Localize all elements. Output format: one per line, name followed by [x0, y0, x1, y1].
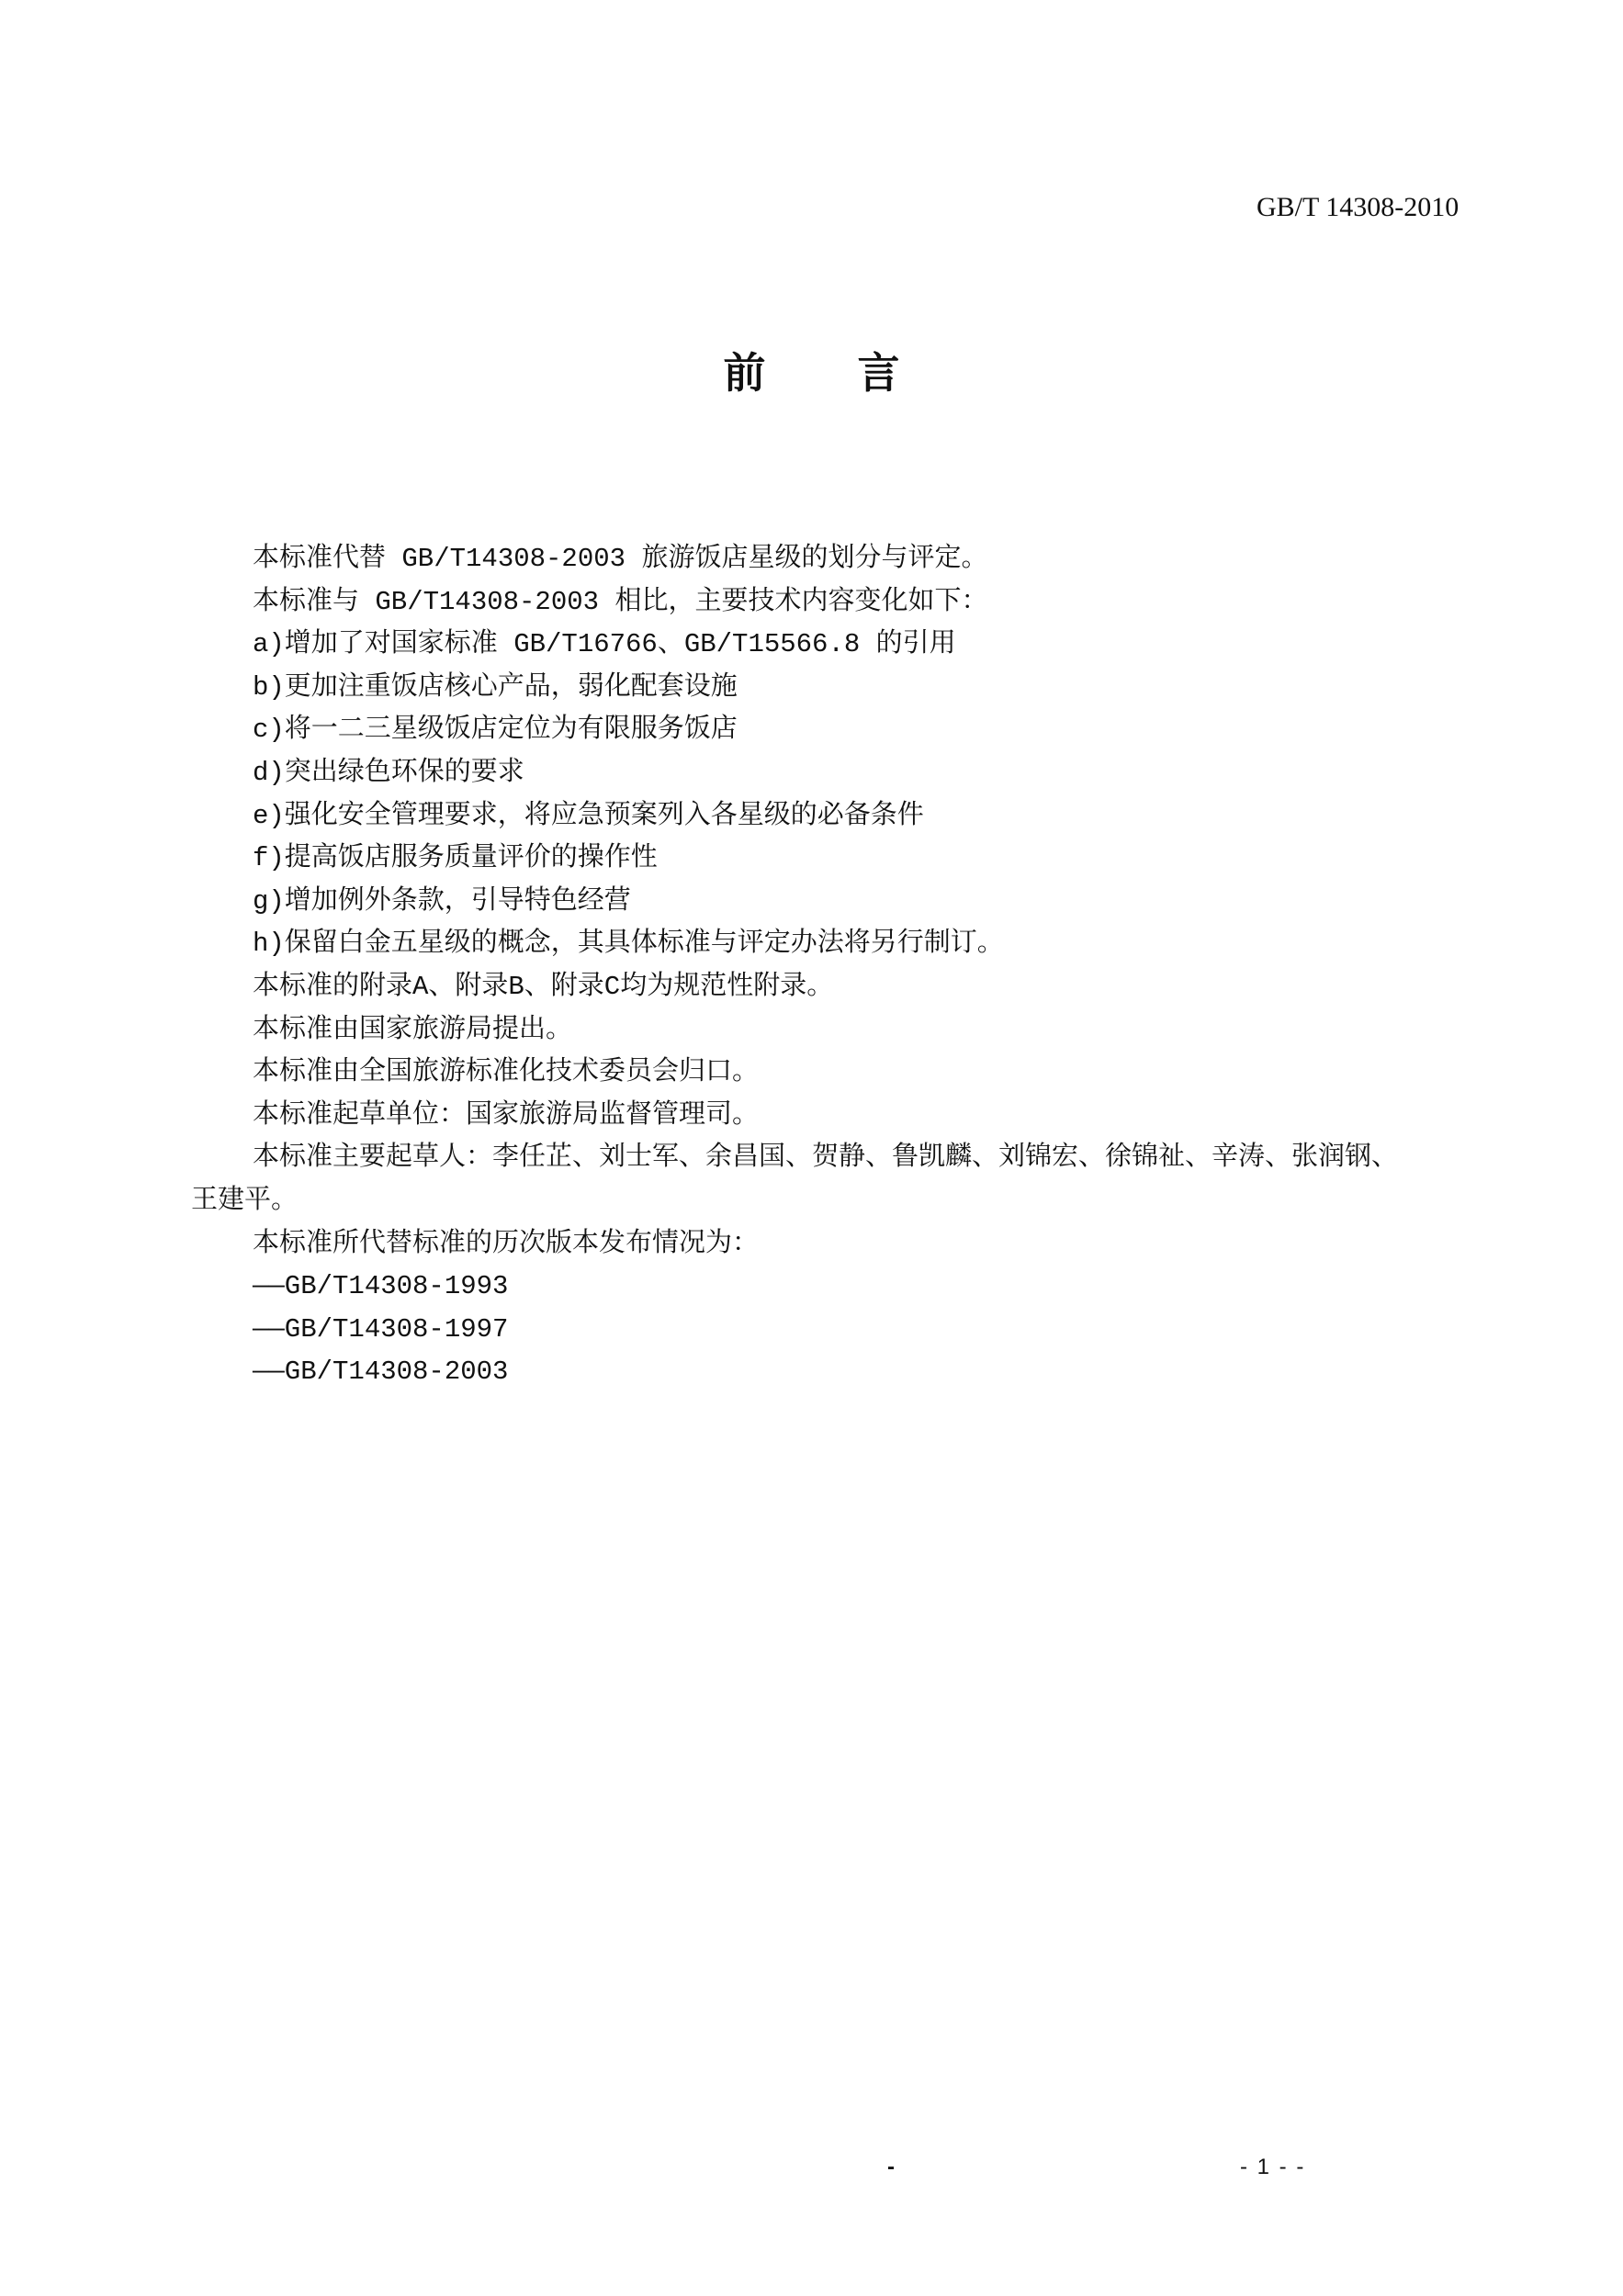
- paragraph: 本标准代替 GB/T14308-2003 旅游饭店星级的划分与评定。: [191, 538, 1477, 581]
- change-item-c: c)将一二三星级饭店定位为有限服务饭店: [191, 709, 1477, 752]
- foreword-body: 本标准代替 GB/T14308-2003 旅游饭店星级的划分与评定。 本标准与 …: [191, 538, 1477, 1394]
- history-item: ——GB/T14308-2003: [191, 1351, 1477, 1394]
- history-item: ——GB/T14308-1997: [191, 1309, 1477, 1352]
- standard-number-header: GB/T 14308-2010: [1257, 191, 1459, 224]
- page-title: 前言: [0, 347, 1623, 399]
- title-char-2: 言: [858, 347, 900, 399]
- title-char-1: 前: [724, 347, 766, 399]
- footer-dash: -: [887, 2155, 895, 2180]
- change-item-e: e)强化安全管理要求，将应急预案列入各星级的必备条件: [191, 795, 1477, 838]
- change-item-a: a)增加了对国家标准 GB/T16766、GB/T15566.8 的引用: [191, 624, 1477, 667]
- paragraph-drafting-unit: 本标准起草单位：国家旅游局监督管理司。: [191, 1095, 1477, 1138]
- change-item-d: d)突出绿色环保的要求: [191, 752, 1477, 795]
- change-item-b: b)更加注重饭店核心产品，弱化配套设施: [191, 667, 1477, 710]
- paragraph: 本标准与 GB/T14308-2003 相比，主要技术内容变化如下：: [191, 581, 1477, 625]
- history-item: ——GB/T14308-1993: [191, 1266, 1477, 1309]
- paragraph-appendix: 本标准的附录A、附录B、附录C均为规范性附录。: [191, 966, 1477, 1009]
- change-item-g: g)增加例外条款，引导特色经营: [191, 881, 1477, 924]
- page-number: - 1 - -: [1240, 2155, 1305, 2180]
- paragraph-drafters: 本标准主要起草人：李任芷、刘士军、余昌国、贺静、鲁凯麟、刘锦宏、徐锦祉、辛涛、张…: [191, 1137, 1477, 1180]
- change-item-h: h)保留白金五星级的概念，其具体标准与评定办法将另行制订。: [191, 923, 1477, 966]
- paragraph-history-intro: 本标准所代替标准的历次版本发布情况为：: [191, 1223, 1477, 1266]
- paragraph-drafters-continued: 王建平。: [191, 1180, 1477, 1223]
- paragraph-administered: 本标准由全国旅游标准化技术委员会归口。: [191, 1052, 1477, 1095]
- paragraph-proposer: 本标准由国家旅游局提出。: [191, 1009, 1477, 1052]
- change-item-f: f)提高饭店服务质量评价的操作性: [191, 838, 1477, 881]
